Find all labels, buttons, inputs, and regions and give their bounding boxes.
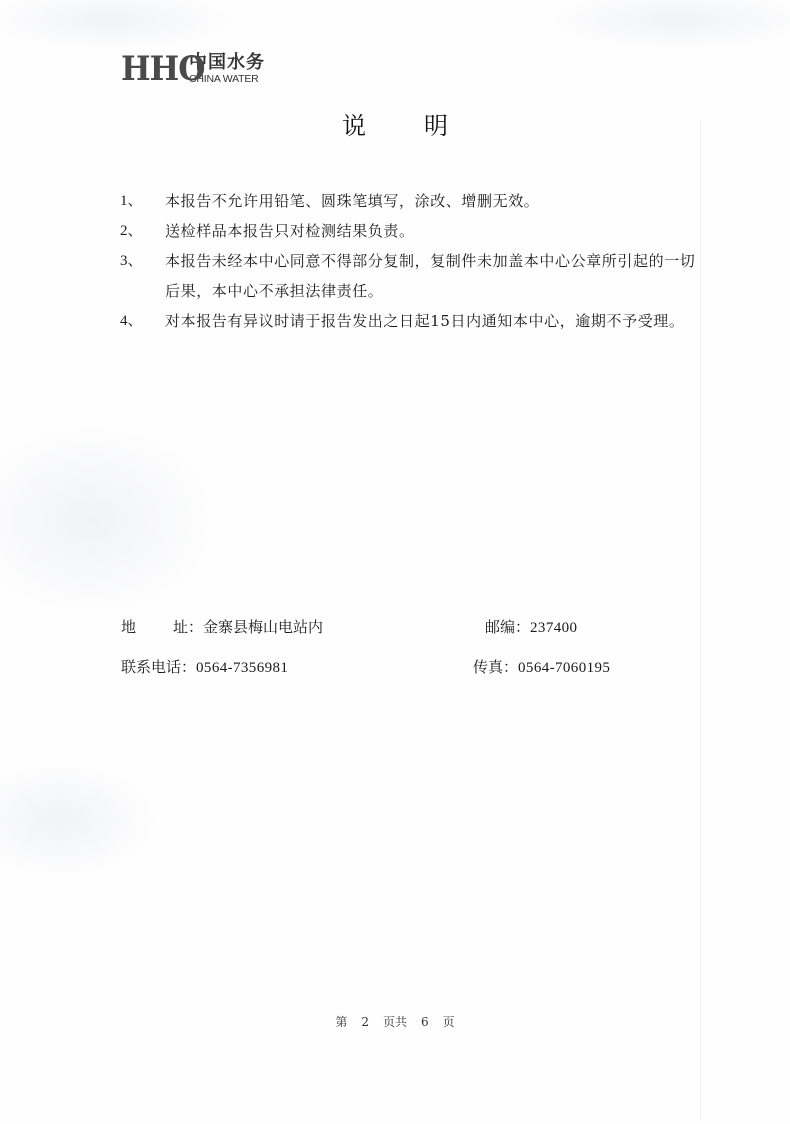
note-number: 2、 (120, 216, 165, 246)
contact-info: 地址：金寨县梅山电站内 邮编：237400 联系电话：0564-7356981 … (121, 614, 621, 694)
footer-suffix: 页 (443, 1013, 455, 1030)
scan-artifact (540, 0, 790, 50)
phone-value: 0564-7356981 (196, 660, 288, 676)
address-label-1: 地 (121, 614, 173, 640)
address-label-2: 址： (173, 618, 203, 636)
contact-row-phone: 联系电话：0564-7356981 传真：0564-7060195 (121, 654, 621, 694)
note-number: 3、 (120, 246, 165, 306)
postcode-value: 237400 (530, 620, 577, 636)
phone-field: 联系电话：0564-7356981 (121, 654, 288, 681)
logo-mark: HHO (121, 52, 182, 86)
title-char-1: 说 (342, 106, 366, 141)
contact-row-address: 地址：金寨县梅山电站内 邮编：237400 (121, 614, 621, 654)
fax-field: 传真：0564-7060195 (473, 654, 610, 681)
scan-fold-line (700, 120, 701, 1120)
phone-label: 联系电话： (121, 658, 196, 676)
note-number: 1、 (120, 186, 165, 216)
company-logo: HHO 中国水务 CHINA WATER (121, 52, 265, 86)
scan-artifact (0, 760, 160, 880)
scan-artifact (0, 0, 240, 50)
address-value: 金寨县梅山电站内 (203, 618, 323, 636)
fax-value: 0564-7060195 (518, 660, 610, 676)
note-item: 3、 本报告未经本中心同意不得部分复制，复制件未加盖本中心公章所引起的一切后果，… (120, 246, 700, 306)
note-number: 4、 (120, 306, 165, 336)
page-number-footer: 第2页共6页 (0, 1013, 790, 1030)
title-char-2: 明 (424, 106, 448, 141)
note-item: 1、 本报告不允许用铅笔、圆珠笔填写，涂改、增删无效。 (120, 186, 700, 216)
postcode-label: 邮编： (485, 618, 530, 636)
notes-list: 1、 本报告不允许用铅笔、圆珠笔填写，涂改、增删无效。 2、 送检样品本报告只对… (120, 186, 700, 336)
note-text: 本报告不允许用铅笔、圆珠笔填写，涂改、增删无效。 (165, 186, 700, 216)
note-item: 4、 对本报告有异议时请于报告发出之日起15日内通知本中心，逾期不予受理。 (120, 306, 700, 336)
note-text: 对本报告有异议时请于报告发出之日起15日内通知本中心，逾期不予受理。 (165, 306, 700, 336)
total-pages: 6 (421, 1015, 429, 1029)
footer-middle: 页共 (383, 1013, 407, 1030)
page-title: 说明 (0, 106, 790, 141)
note-text: 本报告未经本中心同意不得部分复制，复制件未加盖本中心公章所引起的一切后果，本中心… (165, 246, 700, 306)
footer-prefix: 第 (335, 1013, 347, 1030)
current-page: 2 (361, 1015, 369, 1029)
note-text: 送检样品本报告只对检测结果负责。 (165, 216, 700, 246)
document-page: HHO 中国水务 CHINA WATER 说明 1、 本报告不允许用铅笔、圆珠笔… (0, 0, 790, 1124)
note-item: 2、 送检样品本报告只对检测结果负责。 (120, 216, 700, 246)
address-field: 地址：金寨县梅山电站内 (121, 614, 323, 640)
fax-label: 传真： (473, 658, 518, 676)
scan-artifact (0, 420, 220, 620)
postcode-field: 邮编：237400 (485, 614, 577, 641)
